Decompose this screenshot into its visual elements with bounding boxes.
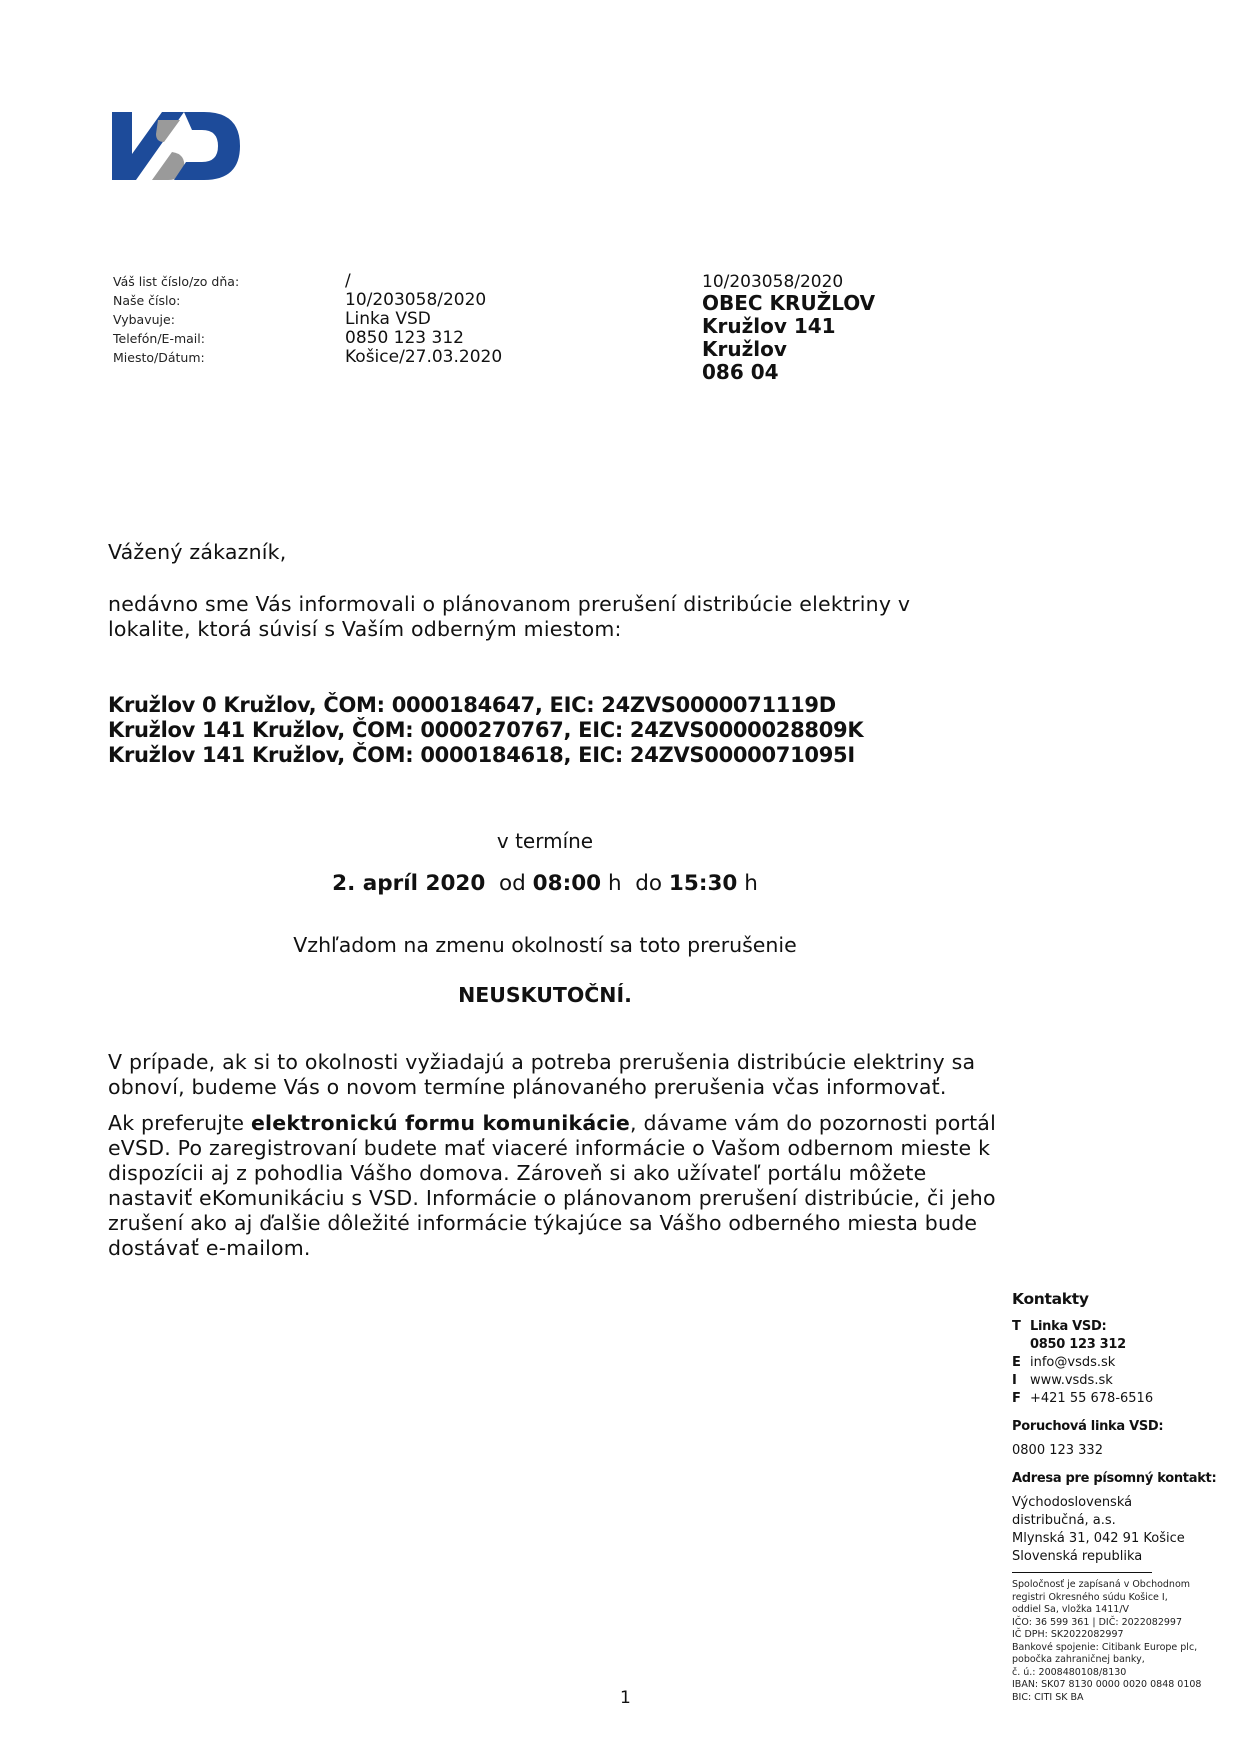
web-key: I <box>1012 1372 1030 1390</box>
legal-line: Spoločnosť je zapísaná v Obchodnom <box>1012 1579 1222 1592</box>
legal-line: IČO: 36 599 361 | DIČ: 2022082997 <box>1012 1617 1222 1630</box>
meta-labels: Váš list číslo/zo dňa: Naše číslo: Vybav… <box>113 272 239 367</box>
address-line: distribučná, a.s. <box>1012 1512 1222 1530</box>
fault-line-title: Poruchová linka VSD: <box>1012 1418 1222 1436</box>
legal-line: Bankové spojenie: Citibank Europe plc, <box>1012 1642 1222 1655</box>
address-line: Mlynská 31, 042 91 Košice <box>1012 1530 1222 1548</box>
meta-label: Vybavuje: <box>113 310 239 329</box>
recipient-line: Kružlov 141 <box>702 315 875 338</box>
consumption-point: Kružlov 0 Kružlov, ČOM: 0000184647, EIC:… <box>108 693 863 718</box>
greeting: Vážený zákazník, <box>108 540 286 565</box>
meta-value: Košice/27.03.2020 <box>345 348 502 367</box>
to-label: do <box>635 871 662 896</box>
contact-email: E info@vsds.sk <box>1012 1354 1222 1372</box>
fax-value: +421 55 678-6516 <box>1030 1390 1153 1408</box>
outage-date: 2. apríl 2020 <box>332 871 485 896</box>
meta-label: Telefón/E-mail: <box>113 329 239 348</box>
contacts-panel: Kontakty T Linka VSD: 0850 123 312 E inf… <box>1012 1290 1222 1704</box>
address-block: Východoslovenská distribučná, a.s. Mlyns… <box>1012 1494 1222 1566</box>
legal-line: registri Okresného súdu Košice I, <box>1012 1592 1222 1605</box>
legal-line: IBAN: SK07 8130 0000 0020 0848 0108 <box>1012 1679 1222 1692</box>
vsd-logo <box>112 112 242 184</box>
address-line: Východoslovenská <box>1012 1494 1222 1512</box>
phone-label: Linka VSD: <box>1030 1318 1106 1336</box>
contact-phone-value-row: 0850 123 312 <box>1012 1336 1222 1354</box>
contact-web: I www.vsds.sk <box>1012 1372 1222 1390</box>
email-key: E <box>1012 1354 1030 1372</box>
meta-label: Miesto/Dátum: <box>113 348 239 367</box>
from-label: od <box>499 871 526 896</box>
meta-value: 10/203058/2020 <box>345 291 502 310</box>
contacts-title: Kontakty <box>1012 1290 1222 1308</box>
fax-key: F <box>1012 1390 1030 1408</box>
renewal-paragraph: V prípade, ak si to okolnosti vyžiadajú … <box>108 1050 1008 1100</box>
cancel-notice: NEUSKUTOČNÍ. <box>0 983 1090 1007</box>
meta-values: / 10/203058/2020 Linka VSD 0850 123 312 … <box>345 272 502 367</box>
consumption-point: Kružlov 141 Kružlov, ČOM: 0000270767, EI… <box>108 718 863 743</box>
to-time: 15:30 <box>669 871 737 896</box>
meta-value: / <box>345 272 502 291</box>
contact-phone: T Linka VSD: <box>1012 1318 1222 1336</box>
meta-label: Naše číslo: <box>113 291 239 310</box>
recipient-address: 10/203058/2020 OBEC KRUŽLOV Kružlov 141 … <box>702 272 875 384</box>
consumption-points: Kružlov 0 Kružlov, ČOM: 0000184647, EIC:… <box>108 693 863 768</box>
web-link[interactable]: www.vsds.sk <box>1030 1372 1113 1390</box>
consumption-point: Kružlov 141 Kružlov, ČOM: 0000184618, EI… <box>108 743 863 768</box>
email-link[interactable]: info@vsds.sk <box>1030 1354 1115 1372</box>
intro-paragraph: nedávno sme Vás informovali o plánovanom… <box>108 592 998 642</box>
legal-line: oddiel Sa, vložka 1411/V <box>1012 1604 1222 1617</box>
recipient-line: 086 04 <box>702 361 875 384</box>
page-number: 1 <box>620 1688 631 1708</box>
legal-line: BIC: CITI SK BA <box>1012 1692 1222 1705</box>
legal-line: č. ú.: 2008480108/8130 <box>1012 1667 1222 1680</box>
fault-line-value: 0800 123 332 <box>1012 1442 1222 1460</box>
meta-value: Linka VSD <box>345 310 502 329</box>
legal-line: IČ DPH: SK2022082997 <box>1012 1629 1222 1642</box>
legal-block: Spoločnosť je zapísaná v Obchodnom regis… <box>1012 1579 1222 1704</box>
outage-date-line: 2. apríl 2020 od 08:00 h do 15:30 h <box>0 871 1090 896</box>
spacer <box>1012 1336 1030 1354</box>
legal-line: pobočka zahraničnej banky, <box>1012 1654 1222 1667</box>
evsd-text-pre: Ak preferujte <box>108 1111 251 1135</box>
phone-key: T <box>1012 1318 1030 1336</box>
address-line: Slovenská republika <box>1012 1548 1222 1566</box>
recipient-reference: 10/203058/2020 <box>702 272 875 292</box>
contact-fax: F +421 55 678-6516 <box>1012 1390 1222 1408</box>
meta-value: 0850 123 312 <box>345 329 502 348</box>
recipient-line: Kružlov <box>702 338 875 361</box>
hour-unit: h <box>608 871 622 896</box>
from-time: 08:00 <box>533 871 601 896</box>
in-term-label: v termíne <box>0 829 1090 853</box>
change-notice: Vzhľadom na zmenu okolností sa toto prer… <box>0 933 1090 957</box>
recipient-line: OBEC KRUŽLOV <box>702 292 875 315</box>
meta-label: Váš list číslo/zo dňa: <box>113 272 239 291</box>
address-title: Adresa pre písomný kontakt: <box>1012 1470 1222 1488</box>
phone-value: 0850 123 312 <box>1030 1336 1126 1354</box>
evsd-paragraph: Ak preferujte elektronickú formu komunik… <box>108 1111 1008 1261</box>
evsd-emphasis: elektronickú formu komunikácie <box>251 1111 630 1135</box>
hour-unit: h <box>744 871 758 896</box>
divider <box>1012 1572 1152 1573</box>
